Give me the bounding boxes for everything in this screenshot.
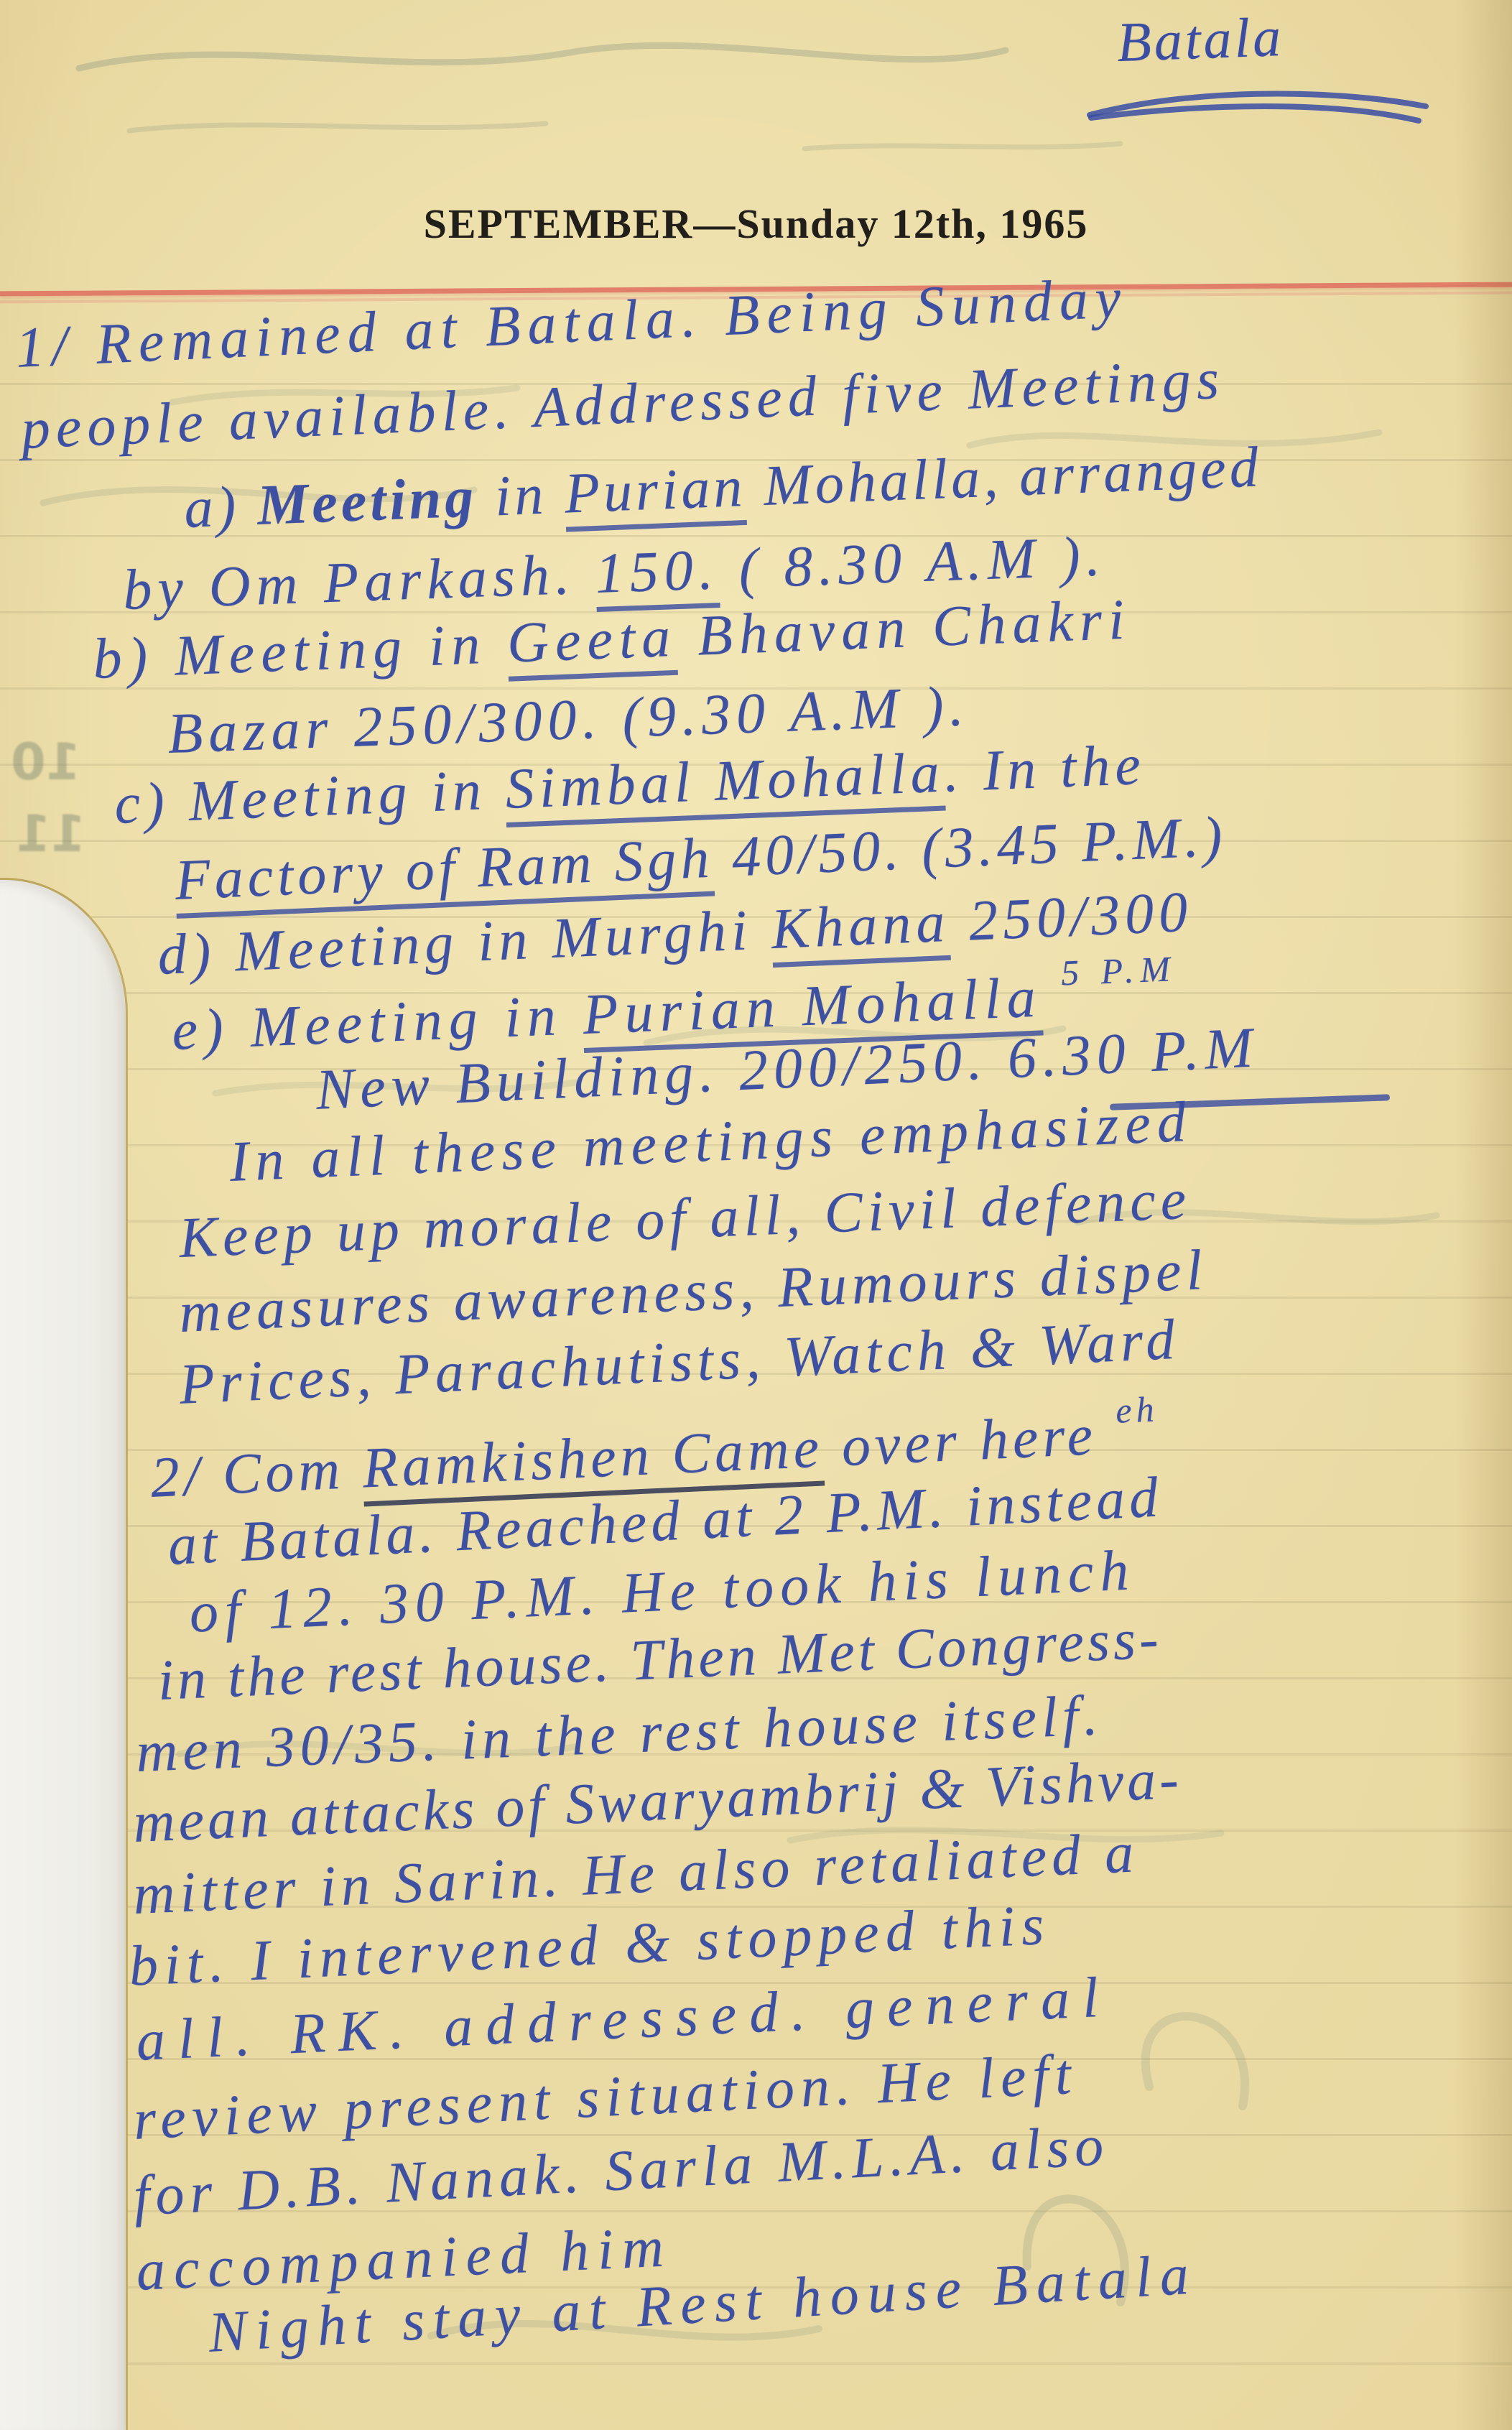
entry-line-segment: b) Meeting in	[92, 612, 509, 691]
diary-entry-text: 1/ Remained at Batala. Being Sundaypeopl…	[0, 0, 1512, 2430]
entry-line-segment: Meeting	[256, 465, 478, 537]
entry-line-segment: Geeta	[506, 606, 678, 682]
entry-line-segment: Simbal Mohalla	[504, 741, 946, 827]
entry-line-segment: c) Meeting in	[113, 758, 506, 836]
diary-page-scan: 10 11 SEPTEMBER—Sunday 12th, 1965 Batala…	[0, 0, 1512, 2430]
entry-line-segment: 250/300	[948, 881, 1194, 954]
entry-line-segment: . In the	[943, 733, 1147, 804]
entry-line-superscript: eh	[1115, 1388, 1159, 1431]
entry-line: a) Meeting in Purian Mohalla, arranged	[183, 438, 1263, 537]
entry-line-segment: a)	[183, 474, 259, 540]
entry-line-segment: ( 8.30 A.M ).	[718, 524, 1107, 601]
entry-line-superscript: 5 P.M	[1060, 948, 1177, 993]
entry-line-segment: over here	[822, 1404, 1098, 1479]
entry-line-segment: by Om Parkash.	[122, 542, 596, 622]
entry-line-segment: Khana	[770, 891, 951, 968]
entry-line-segment: 2/ Com	[149, 1437, 364, 1510]
entry-line-segment: Purian	[563, 455, 747, 532]
entry-line-segment: Mohalla, arranged	[744, 435, 1263, 519]
entry-line-segment: in	[476, 463, 566, 529]
entry-line-segment: 150.	[594, 538, 720, 612]
entry-line-segment: 40/50. (3.45 P.M.)	[712, 805, 1228, 890]
